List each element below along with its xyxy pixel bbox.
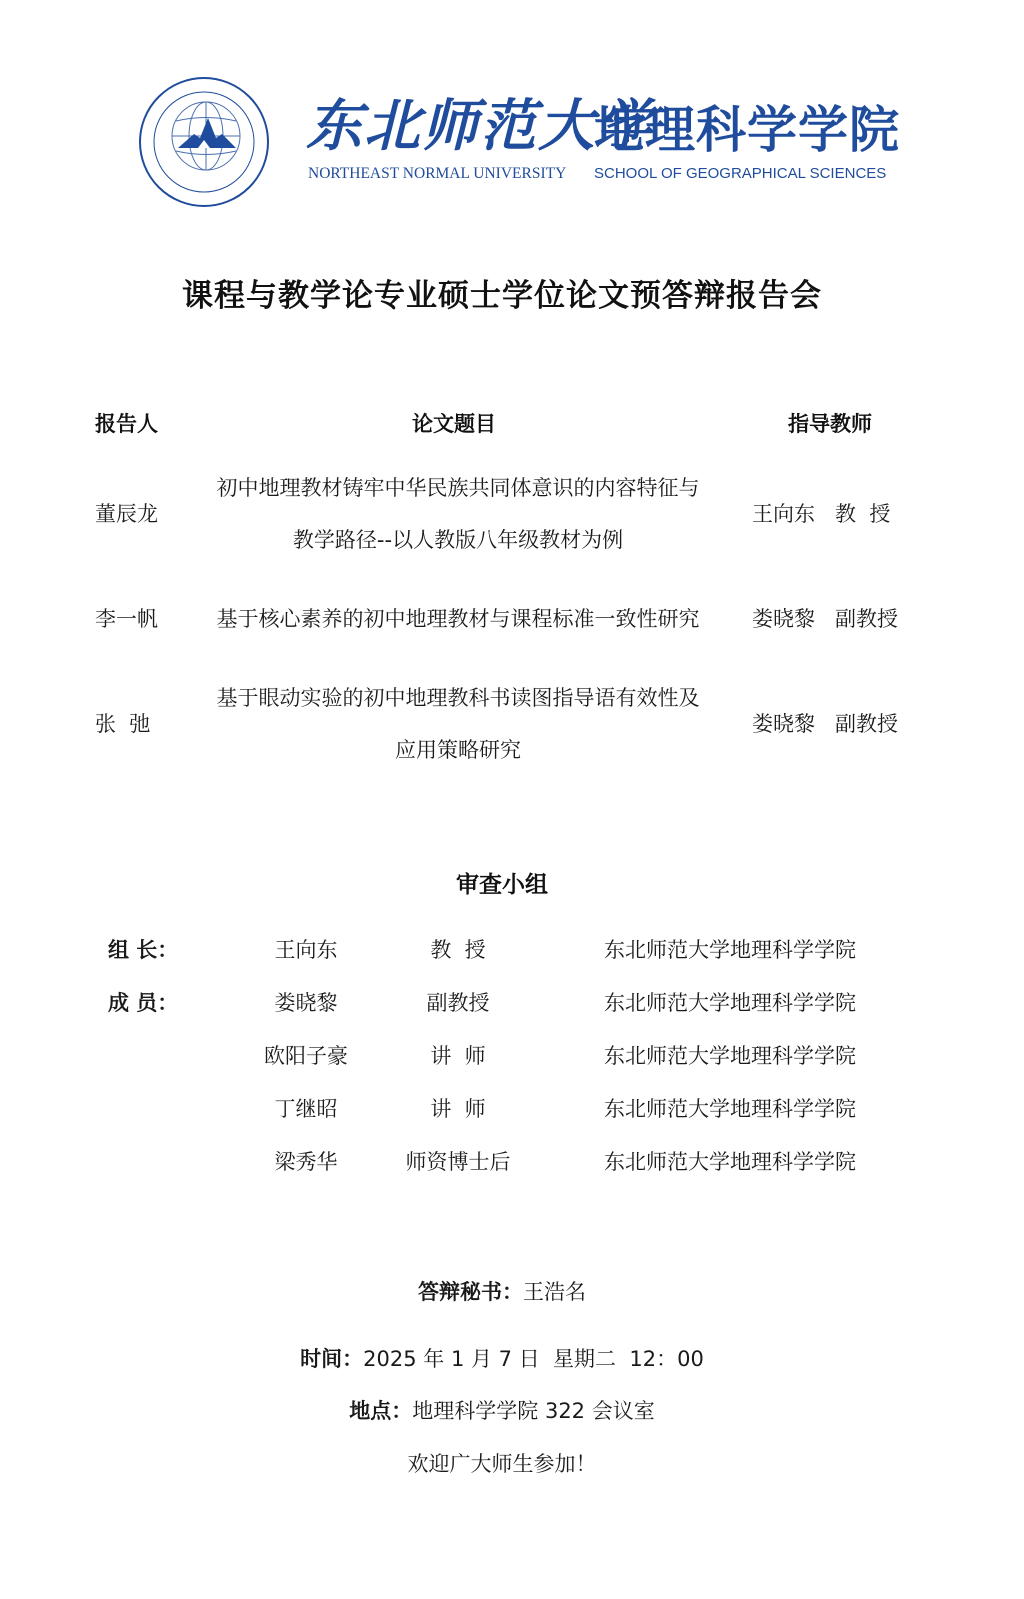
- time-line: 时间：2025 年 1 月 7 日 星期二 12：00: [0, 1343, 1004, 1373]
- panel-member-title: 讲 师: [388, 1040, 528, 1070]
- university-name-en: NORTHEAST NORMAL UNIVERSITY: [308, 165, 566, 183]
- panel-member-org: 东北师范大学地理科学学院: [604, 1093, 856, 1123]
- thesis-topic-line: 应用策略研究: [178, 724, 738, 776]
- document-title: 课程与教学论专业硕士学位论文预答辩报告会: [0, 270, 1004, 315]
- review-panel-title: 审查小组: [0, 866, 1004, 899]
- panel-member-name: 欧阳子豪: [236, 1040, 376, 1070]
- panel-member-title: 师资博士后: [388, 1146, 528, 1176]
- reporter-name: 张 弛: [95, 698, 175, 750]
- panel-member-title: 教 授: [388, 934, 528, 964]
- panel-member-org: 东北师范大学地理科学学院: [604, 934, 856, 964]
- panel-member-name: 娄晓黎: [236, 987, 376, 1017]
- thesis-topic-line: 基于眼动实验的初中地理教科书读图指导语有效性及: [178, 672, 738, 724]
- panel-role: 组 长：: [108, 934, 178, 964]
- globe-mountain-emblem-icon: [138, 76, 270, 208]
- thesis-topic-line: 基于核心素养的初中地理教材与课程标准一致性研究: [178, 593, 738, 645]
- advisor-name: 娄晓黎 副教授: [752, 593, 922, 645]
- thesis-topic-line: 教学路径--以人教版八年级教材为例: [178, 514, 738, 566]
- secretary-label: 答辩秘书：: [418, 1280, 523, 1304]
- place-value: 地理科学学院 322 会议室: [412, 1399, 654, 1423]
- school-name-cn: 地理科学学院: [594, 100, 900, 160]
- time-label: 时间：: [300, 1347, 363, 1371]
- panel-member-title: 副教授: [388, 987, 528, 1017]
- school-emblem: [138, 76, 270, 208]
- panel-member-name: 王向东: [236, 934, 376, 964]
- place-line: 地点：地理科学学院 322 会议室: [0, 1395, 1004, 1425]
- thesis-topic-line: 初中地理教材铸牢中华民族共同体意识的内容特征与: [178, 462, 738, 514]
- panel-member-title: 讲 师: [388, 1093, 528, 1123]
- advisor-name: 王向东 教 授: [752, 488, 922, 540]
- reporter-name: 李一帆: [95, 593, 175, 645]
- secretary-name: 王浩名: [523, 1280, 586, 1304]
- panel-member-org: 东北师范大学地理科学学院: [604, 1040, 856, 1070]
- header-reporter: 报告人: [95, 408, 158, 438]
- reporter-name: 董辰龙: [95, 488, 175, 540]
- advisor-name: 娄晓黎 副教授: [752, 698, 922, 750]
- panel-member-name: 梁秀华: [236, 1146, 376, 1176]
- panel-member-org: 东北师范大学地理科学学院: [604, 987, 856, 1017]
- welcome-line: 欢迎广大师生参加！: [0, 1448, 1004, 1478]
- panel-member-name: 丁继昭: [236, 1093, 376, 1123]
- header-advisor: 指导教师: [788, 408, 872, 438]
- school-name-en: SCHOOL OF GEOGRAPHICAL SCIENCES: [594, 165, 886, 182]
- panel-role: 成 员：: [108, 987, 178, 1017]
- secretary-line: 答辩秘书：王浩名: [0, 1276, 1004, 1306]
- panel-member-org: 东北师范大学地理科学学院: [604, 1146, 856, 1176]
- time-value: 2025 年 1 月 7 日 星期二 12：00: [363, 1347, 704, 1371]
- place-label: 地点：: [349, 1399, 412, 1423]
- header-topic: 论文题目: [412, 408, 496, 438]
